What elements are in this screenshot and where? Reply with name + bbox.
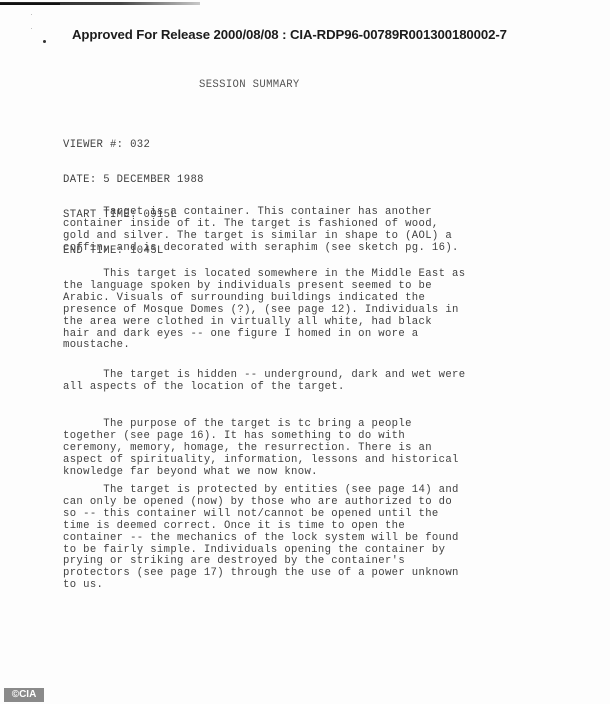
paragraph-hidden: The target is hidden -- underground, dar… [63,370,465,394]
session-date: DATE: 5 DECEMBER 1988 [63,175,204,187]
scan-speck [31,28,32,29]
paragraph-location: This target is located somewhere in the … [63,269,465,352]
copyright-watermark: ©CIA [4,688,44,702]
scan-speck [31,14,32,15]
paragraph-container-description: Target is a container. This container ha… [63,207,459,255]
document-title: SESSION SUMMARY [199,79,300,91]
scan-speck [43,40,46,43]
viewer-number: VIEWER #: 032 [63,140,204,152]
paragraph-protection: The target is protected by entities (see… [63,485,459,592]
release-stamp: Approved For Release 2000/08/08 : CIA-RD… [72,27,507,42]
scan-edge-line [0,3,60,5]
paragraph-purpose: The purpose of the target is tc bring a … [63,419,459,479]
